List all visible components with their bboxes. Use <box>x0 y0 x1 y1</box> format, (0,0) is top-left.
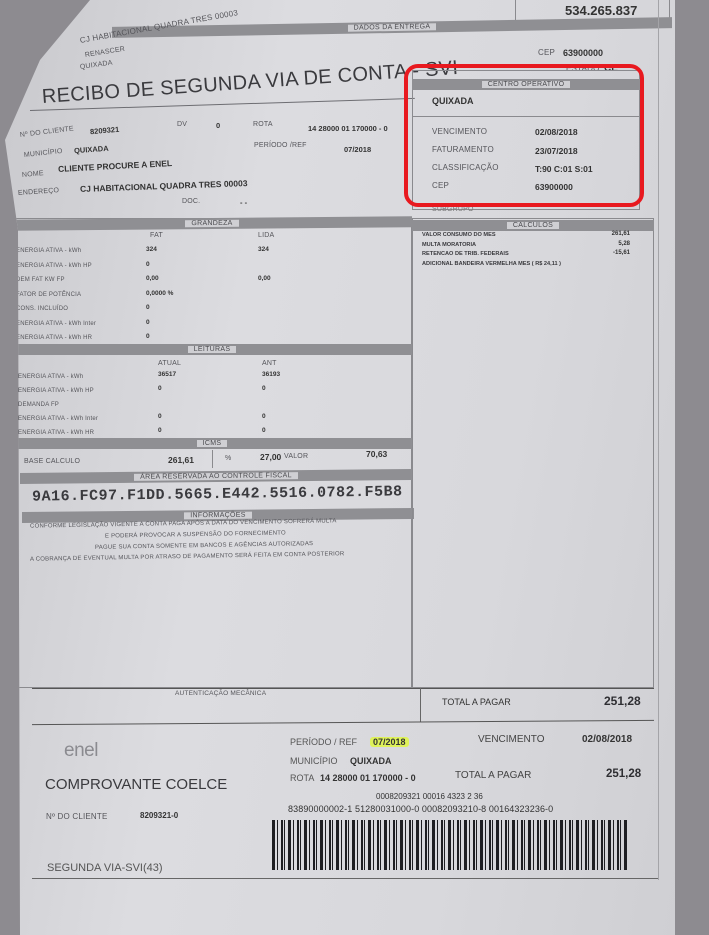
municipio-label: MUNICÍPIO <box>24 148 63 159</box>
leituras-row-label: ENERGIA ATIVA - kWh Inter <box>18 416 98 422</box>
calculos-box <box>412 218 654 688</box>
subgrupo-label: SUBGRUPO <box>432 206 474 213</box>
stub-bottom-line <box>32 878 658 879</box>
calculos-row-label: RETENCAO DE TRIB. FEDERAIS <box>422 251 509 257</box>
grandeza-col-lida: LIDA <box>258 232 274 239</box>
comprovante-rota-value: 14 28000 01 170000 - 0 <box>320 773 416 783</box>
leituras-row-ant: 0 <box>262 385 266 392</box>
leituras-row-label: DEMANDA FP <box>18 402 59 408</box>
top-number: 534.265.837 <box>565 3 637 18</box>
comprovante-cliente-value: 8209321-0 <box>140 811 178 820</box>
highlight-annotation-frame <box>404 64 644 207</box>
leituras-row-atual: 0 <box>158 385 162 392</box>
grandeza-row-label: ENERGIA ATIVA - kWh <box>16 248 81 254</box>
nome-label: NOME <box>22 170 44 179</box>
calculos-row-value: 5,28 <box>600 241 630 247</box>
auth-top-line <box>32 688 654 689</box>
icms-bar: ICMS <box>12 438 412 449</box>
cliente-value: 8209321 <box>90 125 120 137</box>
grandeza-row-fat: 0 <box>146 319 150 326</box>
leituras-row-label: ENERGIA ATIVA - kWh HR <box>18 430 94 436</box>
icms-base-label: BASE CALCULO <box>24 458 80 465</box>
delivery-address-line-2: RENASCER <box>84 46 125 59</box>
leituras-col-ant: ANT <box>262 360 277 367</box>
grandeza-row-label: FATOR DE POTÊNCIA <box>16 292 81 298</box>
comprovante-rota-label: ROTA <box>290 773 314 783</box>
autenticacao-label: AUTENTICAÇÃO MECÂNICA <box>175 690 266 697</box>
comprovante-cliente-label: Nº DO CLIENTE <box>46 812 108 821</box>
grandeza-row-label: ENERGIA ATIVA - kWh HP <box>16 263 92 269</box>
leituras-row-atual: 0 <box>158 427 162 434</box>
comprovante-total-value: 251,28 <box>606 768 641 780</box>
comprovante-vencimento-value: 02/08/2018 <box>582 734 632 745</box>
barcode <box>272 820 628 870</box>
comprovante-municipio-value: QUIXADA <box>350 756 392 766</box>
grandeza-row-fat: 0 <box>146 261 150 268</box>
calculos-row-value: -15,61 <box>600 250 630 256</box>
doc-value: - - <box>240 198 247 207</box>
periodo-highlight: 07/2018 <box>370 737 409 747</box>
auth-bottom-line <box>32 720 654 725</box>
leituras-bar: LEITURAS <box>12 344 412 355</box>
dv-value: 0 <box>216 121 220 130</box>
comprovante-periodo-value: 07/2018 <box>370 737 409 747</box>
rota-label: ROTA <box>253 121 273 128</box>
cep-value: 63900000 <box>563 48 603 58</box>
enel-logo: enel <box>64 740 98 762</box>
periodo-label: PERÍODO /REF <box>254 142 307 149</box>
comprovante-title: COMPROVANTE COELCE <box>45 776 227 793</box>
leituras-col-atual: ATUAL <box>158 360 181 367</box>
grandeza-col-fat: FAT <box>150 232 163 239</box>
cliente-label: Nº DO CLIENTE <box>20 125 75 139</box>
grandeza-row-lida: 324 <box>258 246 269 253</box>
periodo-value: 07/2018 <box>344 145 371 154</box>
doc-label: DOC. <box>182 198 200 205</box>
grandeza-row-fat: 324 <box>146 246 157 253</box>
icms-pct-label: % <box>225 455 231 462</box>
leituras-row-atual: 0 <box>158 413 162 420</box>
total-value: 251,28 <box>604 694 641 708</box>
calculos-row-label: MULTA MORATORIA <box>422 242 476 248</box>
comprovante-total-label: TOTAL A PAGAR <box>455 770 531 781</box>
comprovante-periodo-label: PERÍODO / REF <box>290 737 357 747</box>
icms-valor-label: VALOR <box>284 453 308 460</box>
cep-label: CEP <box>538 48 555 57</box>
dv-label: DV <box>177 121 187 128</box>
right-edge-line <box>658 0 659 880</box>
endereco-value: CJ HABITACIONAL QUADRA TRES 00003 <box>80 178 248 194</box>
calculos-bar: CALCULOS <box>412 220 654 231</box>
delivery-address-line-3: QUIXADA <box>80 59 114 71</box>
calculos-row-label: VALOR CONSUMO DO MES <box>422 232 496 238</box>
nome-value: CLIENTE PROCURE A ENEL <box>58 158 173 174</box>
segunda-via-label: SEGUNDA VIA-SVI(43) <box>47 862 163 874</box>
municipio-value: QUIXADA <box>74 144 109 155</box>
grandeza-row-fat: 0,00 <box>146 275 159 282</box>
grandeza-row-lida: 0,00 <box>258 275 271 282</box>
icms-valor-value: 70,63 <box>366 449 387 459</box>
icms-base-value: 261,61 <box>168 455 194 465</box>
bill-paper: 534.265.837 DADOS DA ENTREGA CJ HABITACI… <box>0 0 675 935</box>
endereco-label: ENDEREÇO <box>18 187 60 197</box>
grandeza-row-label: ENERGIA ATIVA - kWh Inter <box>16 321 96 327</box>
comprovante-vencimento-label: VENCIMENTO <box>478 734 545 745</box>
grandeza-row-fat: 0 <box>146 304 150 311</box>
leituras-row-label: ENERGIA ATIVA - kWh HP <box>18 388 94 394</box>
leituras-row-atual: 36517 <box>158 371 176 378</box>
calculos-row-value: 261,61 <box>600 231 630 237</box>
leituras-row-label: ENERGIA ATIVA - kWh <box>18 374 83 380</box>
grandeza-row-label: ENERGIA ATIVA - kWh HR <box>16 335 92 341</box>
grandeza-row-fat: 0,0000 % <box>146 290 173 297</box>
grandeza-row-label: CONS. INCLUÍDO <box>16 306 68 312</box>
icms-pct-value: 27,00 <box>260 452 281 462</box>
comprovante-municipio-label: MUNICÍPIO <box>290 756 338 766</box>
total-label: TOTAL A PAGAR <box>442 697 511 707</box>
icms-divider <box>212 450 213 468</box>
rota-value: 14 28000 01 170000 - 0 <box>308 124 388 133</box>
leituras-row-ant: 0 <box>262 427 266 434</box>
leituras-row-ant: 36193 <box>262 371 280 378</box>
grandeza-row-fat: 0 <box>146 333 150 340</box>
auth-divider <box>420 688 421 722</box>
grandeza-row-label: DEM FAT KW FP <box>16 277 65 283</box>
leituras-row-ant: 0 <box>262 413 266 420</box>
code-line: 0008209321 00016 4323 2 36 <box>376 792 483 801</box>
calculos-row-label: ADICIONAL BANDEIRA VERMELHA MES ( R$ 24,… <box>422 261 561 267</box>
barcode-digits: 83890000002-1 51280031000-0 00082093210-… <box>288 804 553 814</box>
